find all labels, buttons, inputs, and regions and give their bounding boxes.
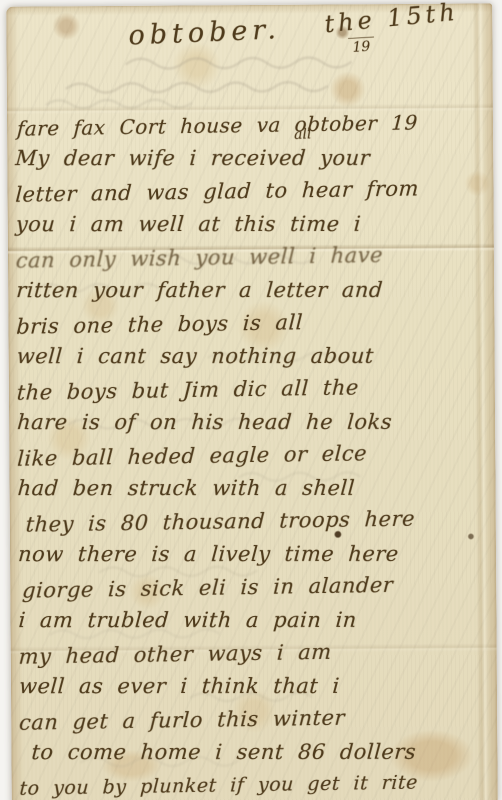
letter-line: well i cant say nothing about xyxy=(16,340,492,373)
dateline-day: the 15th xyxy=(323,0,460,38)
dateline-month: obtober. xyxy=(128,14,282,51)
letter-line: like ball heded eagle or elce xyxy=(16,435,492,475)
letter-line: letter and was glad to hear from xyxy=(14,171,490,211)
letter-line: my head other ways i am xyxy=(18,633,494,673)
letter-line: they is 80 thousand troops here xyxy=(25,501,493,541)
letter-line: i am trubled with a pain in xyxy=(17,604,493,637)
letter-line: to come home i sent 86 dollers xyxy=(30,736,494,769)
letter-line: can only wish you well i have xyxy=(15,237,491,277)
letter-line: giorge is sick eli is in alander xyxy=(21,567,493,607)
letter-line: can get a furlo this winter xyxy=(18,699,494,739)
letter-line: bris one the boys is all xyxy=(15,303,491,343)
letter-paper: obtober. the 15th 19 all fare fax Cort h… xyxy=(6,3,498,800)
letter-line: now there is a lively time here xyxy=(17,538,493,571)
letter-line: the boys but Jim dic all the xyxy=(16,369,492,409)
letter-line: well as ever i think that i xyxy=(18,670,494,703)
letter-body: fare fax Cort house va obtober 19 My dea… xyxy=(15,107,494,800)
letter-line: My dear wife i received your xyxy=(14,142,490,175)
letter-line: you i am well at this time i xyxy=(15,208,491,241)
dateline-day-correction: 19 xyxy=(348,36,375,56)
letter-scan: { "colors": { "background": "#f5f4f1", "… xyxy=(0,0,502,800)
letter-line: had ben struck with a shell xyxy=(17,472,493,505)
letter-line: to you by plunket if you get it rite xyxy=(19,765,495,800)
letter-line: ritten your father a letter and xyxy=(15,274,491,307)
letter-line: hare is of on his head he loks xyxy=(16,406,492,439)
letter-line: fare fax Cort house va obtober 19 xyxy=(16,105,490,145)
